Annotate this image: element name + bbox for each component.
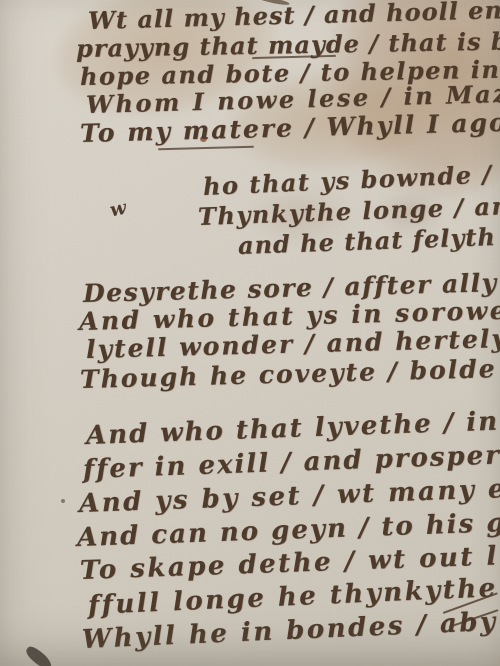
ink-speck <box>61 499 65 503</box>
page-edge-mark <box>23 644 54 666</box>
margin-annotation: w <box>108 197 129 222</box>
manuscript-photo: Wt all my hest / and hooll entent prayyn… <box>0 0 500 666</box>
scribal-underline <box>158 146 254 151</box>
